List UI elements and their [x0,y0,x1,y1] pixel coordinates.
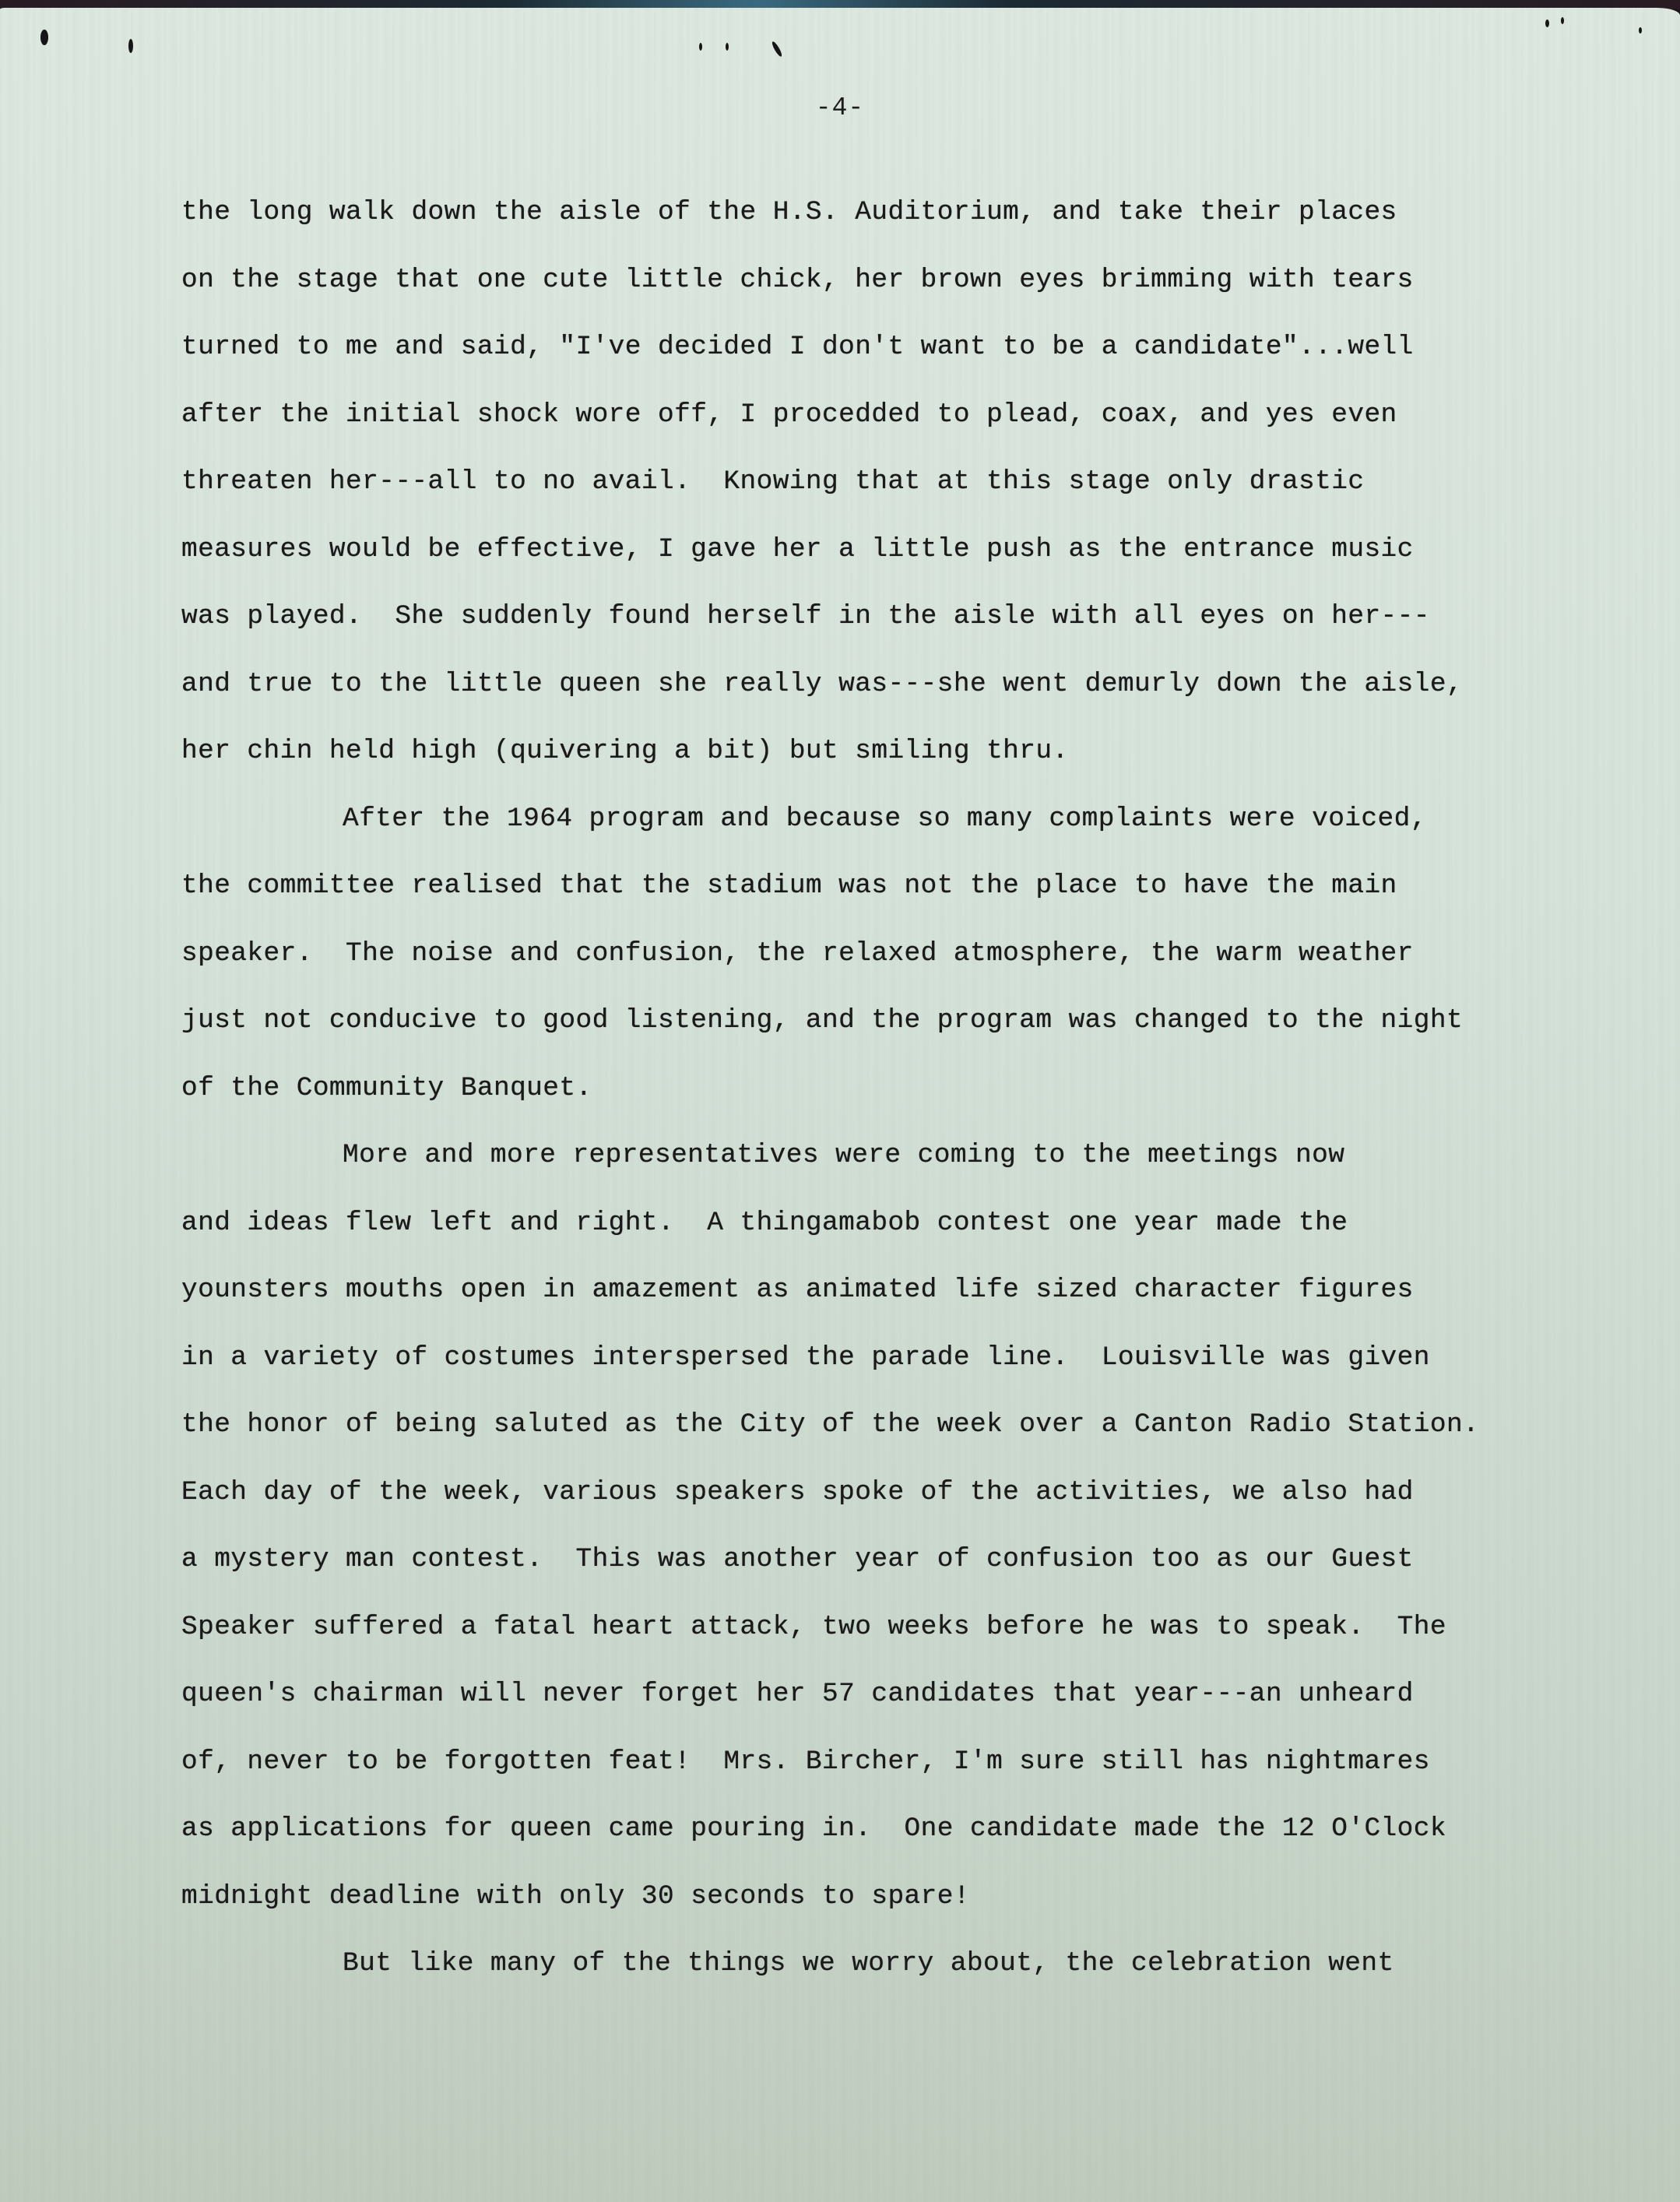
text-line: younsters mouths open in amazement as an… [181,1257,1544,1324]
text-line: the committee realised that the stadium … [181,853,1544,920]
text-line: of, never to be forgotten feat! Mrs. Bir… [181,1729,1544,1796]
text-line: and ideas flew left and right. A thingam… [181,1190,1544,1258]
text-line: just not conducive to good listening, an… [181,987,1544,1055]
text-line: after the initial shock wore off, I proc… [181,382,1544,449]
paragraph-4: But like many of the things we worry abo… [181,1930,1544,1998]
text-line: the honor of being saluted as the City o… [181,1391,1544,1459]
text-line: in a variety of costumes interspersed th… [181,1324,1544,1392]
scan-speck [726,43,729,51]
text-line: measures would be effective, I gave her … [181,516,1544,584]
text-line: Each day of the week, various speakers s… [181,1459,1544,1527]
text-line: queen's chairman will never forget her 5… [181,1661,1544,1729]
scan-speck [40,30,48,45]
scan-speck [699,43,702,51]
paragraph-1: the long walk down the aisle of the H.S.… [181,179,1544,786]
text-line: a mystery man contest. This was another … [181,1526,1544,1594]
text-line: More and more representatives were comin… [181,1122,1544,1190]
text-line: on the stage that one cute little chick,… [181,247,1544,315]
text-line: But like many of the things we worry abo… [181,1930,1544,1998]
text-line: the long walk down the aisle of the H.S.… [181,179,1544,247]
scan-speck [1561,17,1564,24]
text-line: was played. She suddenly found herself i… [181,583,1544,651]
text-line: her chin held high (quivering a bit) but… [181,718,1544,786]
paragraph-3: More and more representatives were comin… [181,1122,1544,1930]
text-line: and true to the little queen she really … [181,651,1544,719]
text-line: midnight deadline with only 30 seconds t… [181,1863,1544,1931]
scan-speck [1639,27,1642,33]
text-line: threaten her---all to no avail. Knowing … [181,448,1544,516]
scan-speck [771,40,783,58]
page-number: -4- [0,93,1680,122]
scan-speck [128,39,133,53]
text-line: turned to me and said, "I've decided I d… [181,314,1544,382]
text-line: speaker. The noise and confusion, the re… [181,920,1544,988]
text-line: of the Community Banquet. [181,1055,1544,1123]
text-line: Speaker suffered a fatal heart attack, t… [181,1594,1544,1662]
paragraph-2: After the 1964 program and because so ma… [181,786,1544,1123]
scan-speck [1545,19,1549,27]
text-line: After the 1964 program and because so ma… [181,786,1544,853]
text-line: as applications for queen came pouring i… [181,1796,1544,1863]
document-body: the long walk down the aisle of the H.S.… [181,179,1544,1998]
